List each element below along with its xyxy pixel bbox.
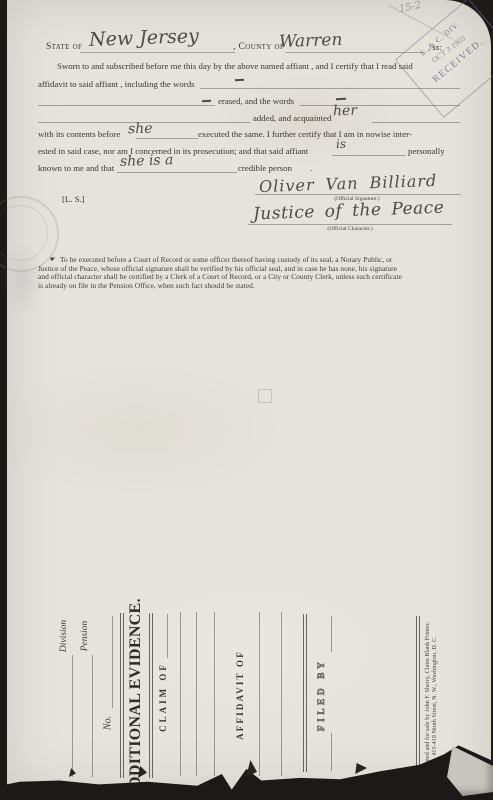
contents-handwritten: she <box>128 121 153 138</box>
affidavit-line: affidavit to said affiant , including th… <box>38 79 195 89</box>
official-character-label: (Official Character.) <box>295 226 405 232</box>
contents-pre: with its contents before <box>38 129 120 139</box>
known-end: . <box>310 163 312 173</box>
county-handwritten: Warren <box>279 30 343 52</box>
added-text: added, and acquainted <box>253 113 331 123</box>
contents-post: executed the same. I further certify tha… <box>198 129 412 139</box>
docket-division-label: Division <box>59 620 69 652</box>
ls-mark: [L. S.] <box>62 194 85 204</box>
ink-smudge <box>3 242 43 316</box>
printer-credit-line2: 415-419 Ninth Street, N. W., Washington,… <box>432 636 438 755</box>
faint-paper-mark <box>258 389 272 403</box>
county-label: , County of <box>233 42 284 52</box>
official-signature-handwritten: Oliver Van Billiard <box>259 171 438 196</box>
interest-handwritten: is <box>336 137 346 151</box>
printer-credit-line1: Printed and for sale by John F. Sheiry, … <box>425 622 431 770</box>
docket-filed-by-label: FILED BY <box>317 659 327 732</box>
known-pre: known to me and that <box>38 163 114 173</box>
instruction-line: is already on file in the Pension Office… <box>38 281 255 290</box>
official-character-handwritten: Justice of the Peace <box>253 198 445 225</box>
sworn-line: Sworn to and subscribed before me this d… <box>57 61 413 71</box>
document-paper: 15-2 State of New Jersey , County of War… <box>7 0 491 791</box>
scanned-document-photo: { "jurat": { "state_label": "State of", … <box>0 0 493 800</box>
pointing-hand-icon: ☛ <box>50 255 56 263</box>
docket-claim-of-label: CLAIM OF <box>158 662 168 732</box>
docket-affidavit-of-label: AFFIDAVIT OF <box>235 650 245 740</box>
state-handwritten: New Jersey <box>89 25 200 51</box>
state-label: State of <box>46 42 82 52</box>
known-handwritten: she is a <box>120 152 174 170</box>
known-mid: credible person <box>238 163 292 173</box>
docket-number-label: No. <box>103 716 114 730</box>
interest-end: personally <box>408 146 445 156</box>
docket-pension-label: Pension <box>80 621 90 652</box>
erased-text: erased, and the words <box>218 96 294 106</box>
added-handwritten: her <box>333 103 358 120</box>
